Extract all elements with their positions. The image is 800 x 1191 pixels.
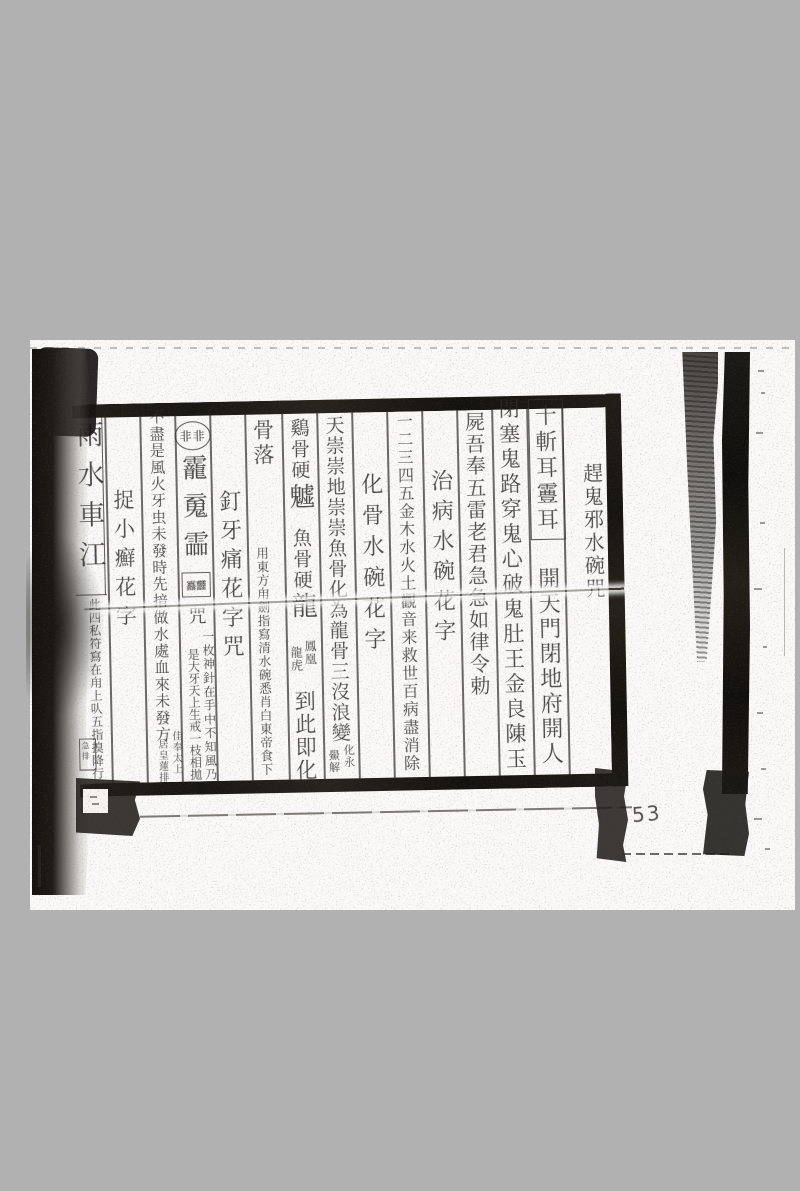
charm-column-9-seg3: 到此即化 [293,690,316,782]
scan-noise-mark [763,646,767,648]
charm-column-9-note-right: 鳳凰 [304,640,317,666]
scan-noise-mark [761,392,765,394]
column-divider [139,416,148,783]
charm-column-11-title: 釘牙痛花字咒 [217,489,243,663]
charm-column-12-note-left: 是大牙天上生戒一枝相拋 [187,648,202,780]
charm-table: 趕鬼邪水碗咒 十斬耳霻耳 開天門閉地府開人 閉塞鬼路穿鬼心破鬼肚王金良陳玉 屍吾… [72,393,628,797]
table-outer-bottom-rule [140,806,632,817]
charm-column-9-note-left: 龍虎 [290,646,303,672]
scan-noise-mark [754,818,762,820]
charm-column-14-title: 捉小癬花字 [112,489,136,634]
charm-column-13-text: 不盡是風火牙虫未發時先揞做水處血來未發方 [148,409,170,743]
bottom-left-white-notch [83,789,108,813]
charm-column-2-header: 十斬耳霻耳 [532,404,557,534]
bottom-right-corner-blotch [595,768,628,862]
scan-noise-mark [92,803,99,805]
scan-edge-line [30,347,795,349]
right-margin-scratch-line [784,548,785,656]
charm-column-12-oval-seal: 非非 [174,421,211,451]
charm-column-3-text: 閉塞鬼路穿鬼心破鬼肚王金良陳玉 [497,397,526,772]
charm-column-9-seg1: 鷄骨硬 [288,418,308,481]
scan-noise-mark [754,588,762,590]
facing-page-edge-foot [703,770,749,856]
charm-column-1-title: 趕鬼邪水碗咒 [581,463,604,601]
binding-thread-line [38,845,41,887]
charm-column-12-glyph-pair-box: 䨺䨻 [181,572,211,598]
charm-column-2-text: 開天門閉地府開人 [535,567,561,767]
charm-column-9-seg2: 魚骨硬 [291,528,311,591]
scan-noise-mark [758,370,764,372]
scan-noise-mark [756,432,763,434]
column-divider [244,414,253,781]
charm-column-7-title: 化骨水碗花字 [358,472,384,658]
charm-column-9-talisman-glyph-1: 魖 [287,483,314,510]
folio-number: 53 [631,801,662,827]
scanned-page: 趕鬼邪水碗咒 十斬耳霻耳 開天門閉地府開人 閉塞鬼路穿鬼心破鬼肚王金良陳玉 屍吾… [30,340,795,910]
charm-column-4-text: 屍吾奉五雷老君急急如律令勅 [463,411,489,697]
binding-shadow-blotch-mid [26,536,104,716]
charm-column-10-header: 骨落 [251,419,273,469]
charm-column-5-title: 治病水碗花字 [428,469,454,649]
scan-noise-mark [761,768,766,770]
facing-page-edge-band [722,352,750,794]
charm-column-8-note-right: 化永 [343,744,355,768]
charm-column-6-text: 一二三四五金木水火土觀音来救世百病盡消除 [395,413,419,773]
charm-column-13-note-left: 居皇蓮排 [156,739,167,783]
charm-column-12-label: 咒 [186,606,204,624]
page-edge-shadow-band [680,352,718,662]
scan-noise-mark [765,848,770,850]
charm-column-12-talisman-glyphs: 靇䰟霝 [179,454,207,569]
charm-column-9-talisman-glyph-2: 龍 [289,592,316,619]
charm-column-12-note-right: 一枚神針在手中不知風乃 [202,630,217,782]
scan-noise-mark [90,796,97,798]
charm-column-8-note-left: 鱟解 [328,749,340,773]
column-divider [386,411,395,778]
scan-noise-mark [757,712,763,714]
table-border-right [604,393,629,786]
charm-column-10-text: 用東方甪劍指寫清水碗悉肖白東帝食下 [255,547,272,777]
charm-column-8-text: 天崇崇地崇崇魚骨化為龍骨三沒浪變 [323,415,349,743]
scan-noise-mark [760,522,765,524]
screenshot-root: { "scan": { "page_number": "53", "backgr… [0,0,800,1191]
charm-column-13-note-right: 佳奉太上 [170,731,181,775]
